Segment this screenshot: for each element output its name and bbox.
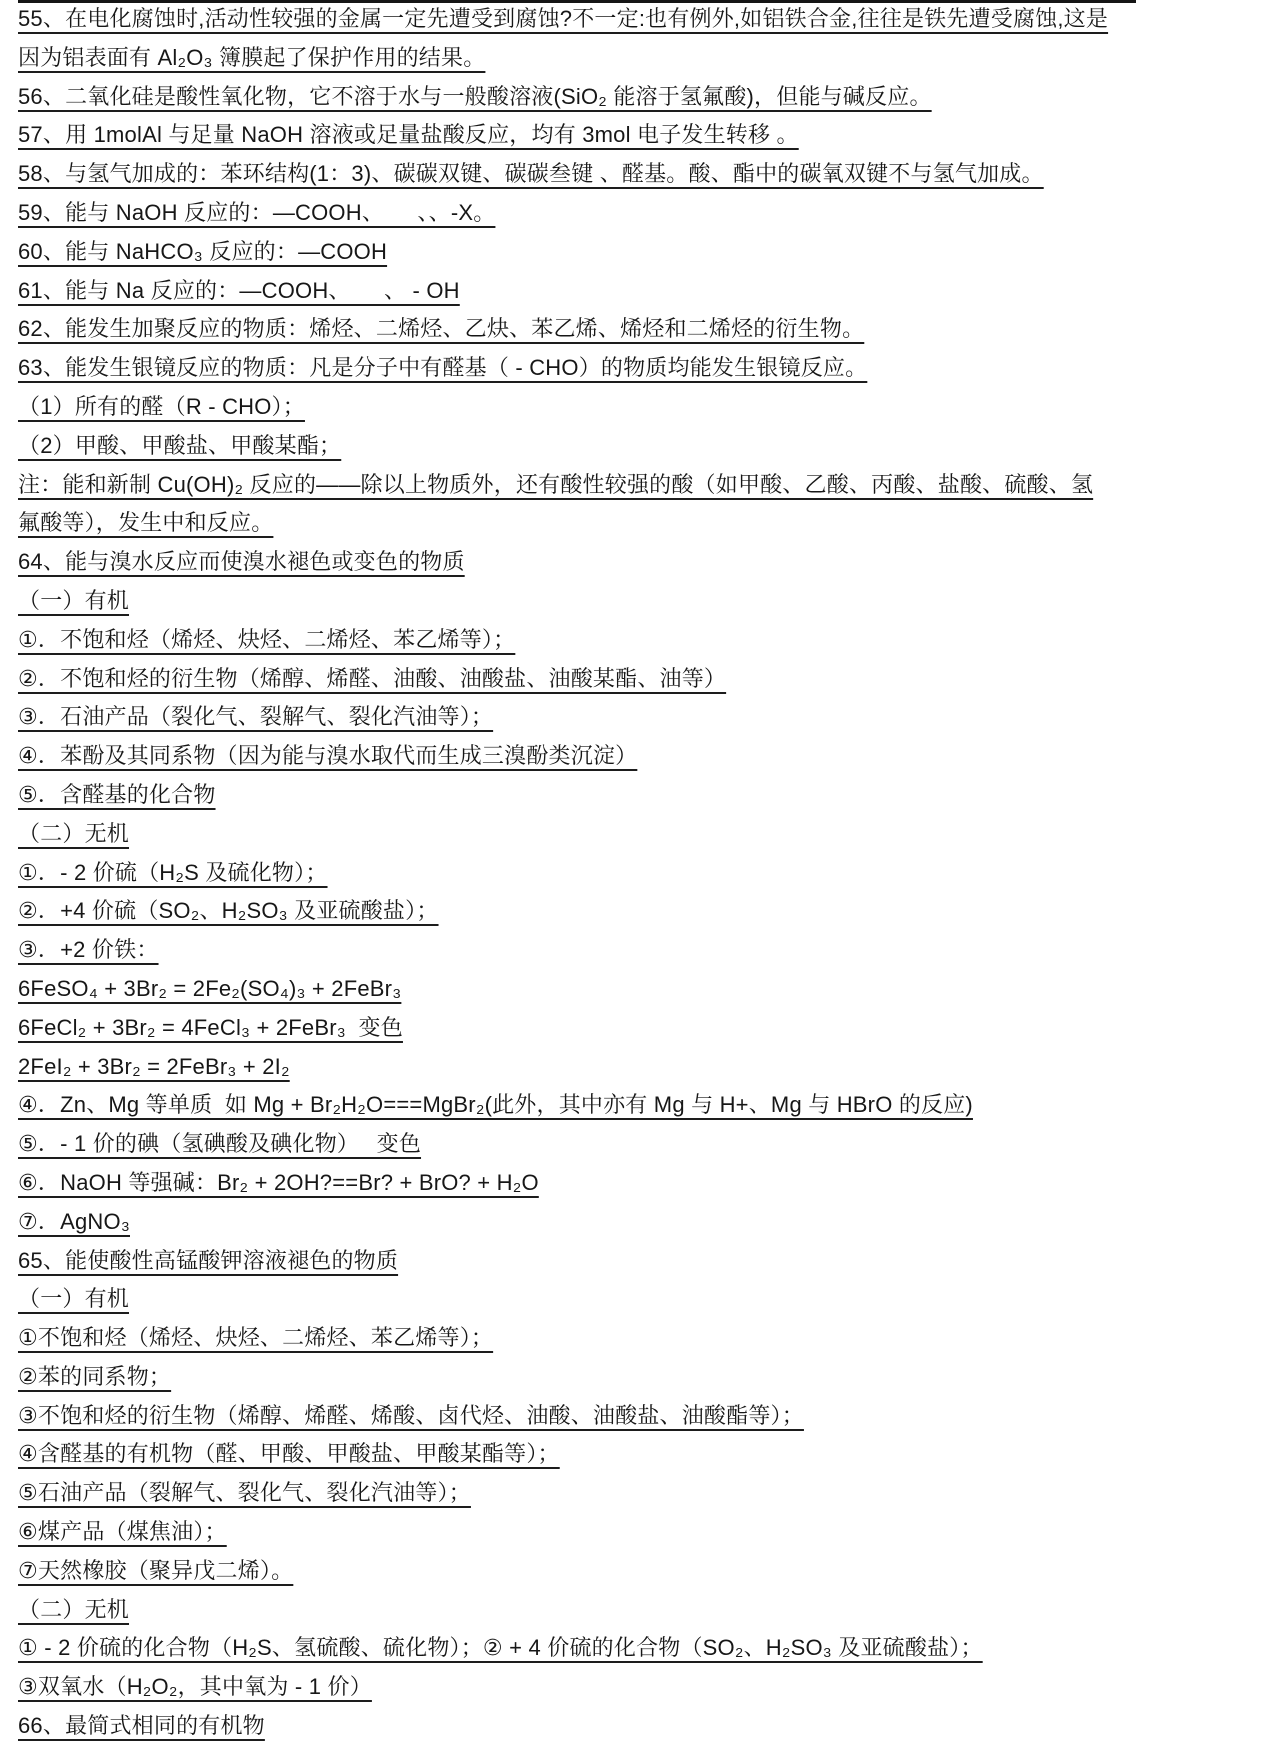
doc-line: 56、二氧化硅是酸性氧化物，它不溶于水与一般酸溶液(SiO₂ 能溶于氢氟酸)，但… [18,78,1266,117]
doc-line: （二）无机 [18,815,1266,854]
doc-line: ④含醛基的有机物（醛、甲酸、甲酸盐、甲酸某酯等）； [18,1435,1266,1474]
doc-line: ④．Zn、Mg 等单质 如 Mg + Br₂H₂O===MgBr₂(此外，其中亦… [18,1086,1266,1125]
doc-line: （1）所有的醛（R - CHO）； [18,388,1266,427]
doc-line: ①．- 2 价硫（H₂S 及硫化物）； [18,854,1266,893]
doc-line: 65、能使酸性高锰酸钾溶液褪色的物质 [18,1242,1266,1281]
chemistry-notes-document: 55、在电化腐蚀时,活动性较强的金属一定先遭受到腐蚀?不一定:也有例外,如铝铁合… [18,0,1266,1746]
doc-line: 因为铝表面有 Al₂O₃ 簿膜起了保护作用的结果。 [18,39,1266,78]
doc-line: 55、在电化腐蚀时,活动性较强的金属一定先遭受到腐蚀?不一定:也有例外,如铝铁合… [18,0,1266,39]
doc-line: （2）甲酸、甲酸盐、甲酸某酯； [18,427,1266,466]
doc-line: 氟酸等），发生中和反应。 [18,504,1266,543]
doc-line: ⑥煤产品（煤焦油）； [18,1513,1266,1552]
doc-line: ①．不饱和烃（烯烃、炔烃、二烯烃、苯乙烯等）； [18,621,1266,660]
doc-line: ③．+2 价铁： [18,931,1266,970]
doc-line: 66、最简式相同的有机物 [18,1707,1266,1746]
doc-equation-line: 6FeSO₄ + 3Br₂ = 2Fe₂(SO₄)₃ + 2FeBr₃ [18,970,1266,1009]
doc-line: ⑤石油产品（裂解气、裂化气、裂化汽油等）； [18,1474,1266,1513]
doc-line: 57、用 1molAl 与足量 NaOH 溶液或足量盐酸反应，均有 3mol 电… [18,116,1266,155]
doc-line: ⑦．AgNO₃ [18,1203,1266,1242]
doc-line: ③．石油产品（裂化气、裂解气、裂化汽油等）； [18,698,1266,737]
doc-line: 59、能与 NaOH 反应的：—COOH、 、、-X。 [18,194,1266,233]
doc-line: 注：能和新制 Cu(OH)₂ 反应的——除以上物质外，还有酸性较强的酸（如甲酸、… [18,466,1266,505]
doc-line: ⑦天然橡胶（聚异戊二烯）。 [18,1552,1266,1591]
doc-line: ⑤．- 1 价的碘（氢碘酸及碘化物） 变色 [18,1125,1266,1164]
chemistry-notes-page: 55、在电化腐蚀时,活动性较强的金属一定先遭受到腐蚀?不一定:也有例外,如铝铁合… [0,0,1280,1746]
doc-line: ①不饱和烃（烯烃、炔烃、二烯烃、苯乙烯等）； [18,1319,1266,1358]
doc-equation-line: 6FeCl₂ + 3Br₂ = 4FeCl₃ + 2FeBr₃ 变色 [18,1009,1266,1048]
doc-line: 61、能与 Na 反应的：—COOH、 、 - OH [18,272,1266,311]
doc-line: （一）有机 [18,582,1266,621]
doc-line: ① - 2 价硫的化合物（H₂S、氢硫酸、硫化物）；② + 4 价硫的化合物（S… [18,1629,1266,1668]
doc-equation-line: 2FeI₂ + 3Br₂ = 2FeBr₃ + 2I₂ [18,1048,1266,1087]
doc-line: 62、能发生加聚反应的物质：烯烃、二烯烃、乙炔、苯乙烯、烯烃和二烯烃的衍生物。 [18,310,1266,349]
doc-line: ③不饱和烃的衍生物（烯醇、烯醛、烯酸、卤代烃、油酸、油酸盐、油酸酯等）； [18,1397,1266,1436]
doc-line: （二）无机 [18,1591,1266,1630]
doc-line: 64、能与溴水反应而使溴水褪色或变色的物质 [18,543,1266,582]
doc-line: ②．不饱和烃的衍生物（烯醇、烯醛、油酸、油酸盐、油酸某酯、油等） [18,660,1266,699]
doc-line: ⑤．含醛基的化合物 [18,776,1266,815]
doc-line: ④．苯酚及其同系物（因为能与溴水取代而生成三溴酚类沉淀） [18,737,1266,776]
doc-line: ③双氧水（H₂O₂，其中氧为 - 1 价） [18,1668,1266,1707]
doc-line: ②．+4 价硫（SO₂、H₂SO₃ 及亚硫酸盐）； [18,892,1266,931]
doc-line: （一）有机 [18,1280,1266,1319]
doc-line: ②苯的同系物； [18,1358,1266,1397]
doc-line: 63、能发生银镜反应的物质：凡是分子中有醛基（ - CHO）的物质均能发生银镜反… [18,349,1266,388]
doc-line: ⑥．NaOH 等强碱：Br₂ + 2OH?==Br? + BrO? + H₂O [18,1164,1266,1203]
doc-line: 60、能与 NaHCO₃ 反应的：—COOH [18,233,1266,272]
doc-line: 58、与氢气加成的：苯环结构(1：3)、碳碳双键、碳碳叁键 、醛基。酸、酯中的碳… [18,155,1266,194]
